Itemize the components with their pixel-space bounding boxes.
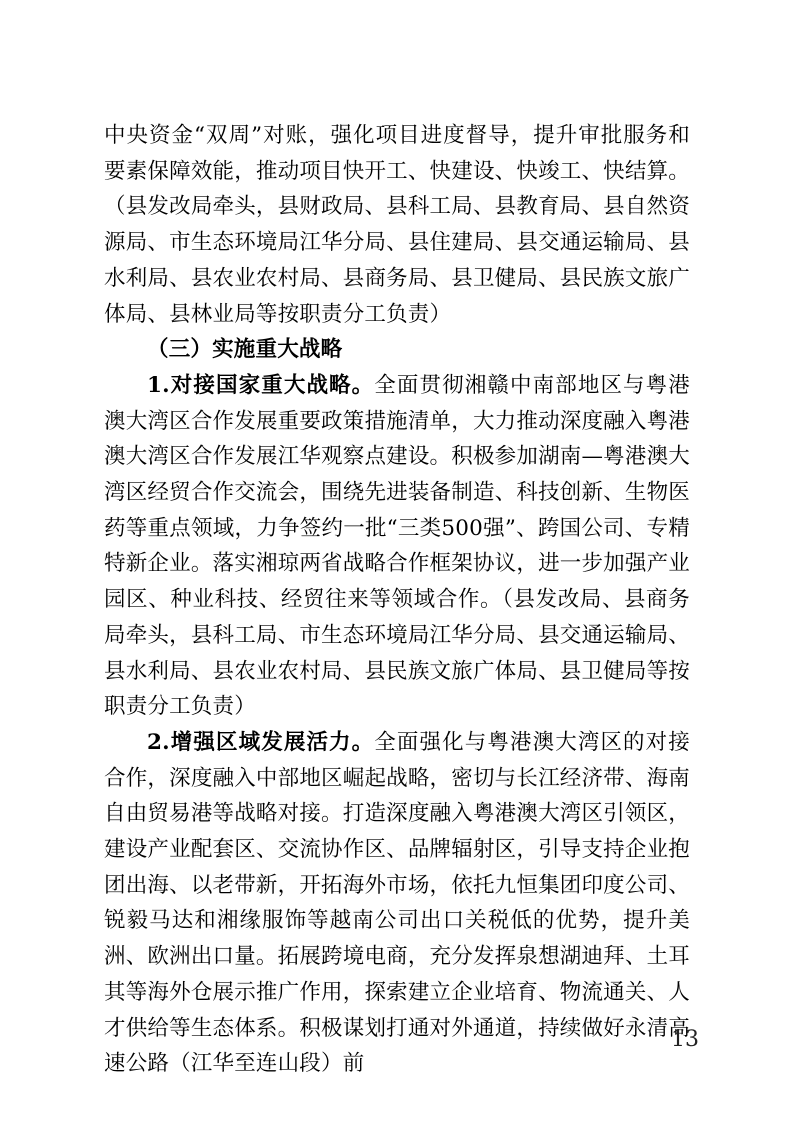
document-page: 中央资金“双周”对账，强化项目进度督导，提升审批服务和要素保障效能，推动项目快开… (0, 0, 793, 1122)
numbered-paragraph-1-text: 全面贯彻湘赣中南部地区与粤港澳大湾区合作发展重要政策措施清单，大力推动深度融入粤… (104, 373, 690, 719)
paragraph-continuation: 中央资金“双周”对账，强化项目进度督导，提升审批服务和要素保障效能，推动项目快开… (104, 118, 690, 332)
page-number: 13 (671, 1027, 699, 1053)
section-heading-text: （三）实施重大战略 (147, 337, 342, 362)
document-body: 中央资金“双周”对账，强化项目进度督导，提升审批服务和要素保障效能，推动项目快开… (104, 118, 690, 1082)
section-heading: （三）实施重大战略 (104, 332, 690, 368)
numbered-paragraph-2-lead: 2.增强区域发展活力。 (147, 730, 374, 755)
numbered-paragraph-1-lead: 1.对接国家重大战略。 (147, 373, 374, 398)
numbered-paragraph-1: 1.对接国家重大战略。全面贯彻湘赣中南部地区与粤港澳大湾区合作发展重要政策措施清… (104, 368, 690, 725)
paragraph-text: 中央资金“双周”对账，强化项目进度督导，提升审批服务和要素保障效能，推动项目快开… (104, 123, 690, 327)
numbered-paragraph-2-text: 全面强化与粤港澳大湾区的对接合作，深度融入中部地区崛起战略，密切与长江经济带、海… (104, 730, 690, 1076)
numbered-paragraph-2: 2.增强区域发展活力。全面强化与粤港澳大湾区的对接合作，深度融入中部地区崛起战略… (104, 725, 690, 1082)
